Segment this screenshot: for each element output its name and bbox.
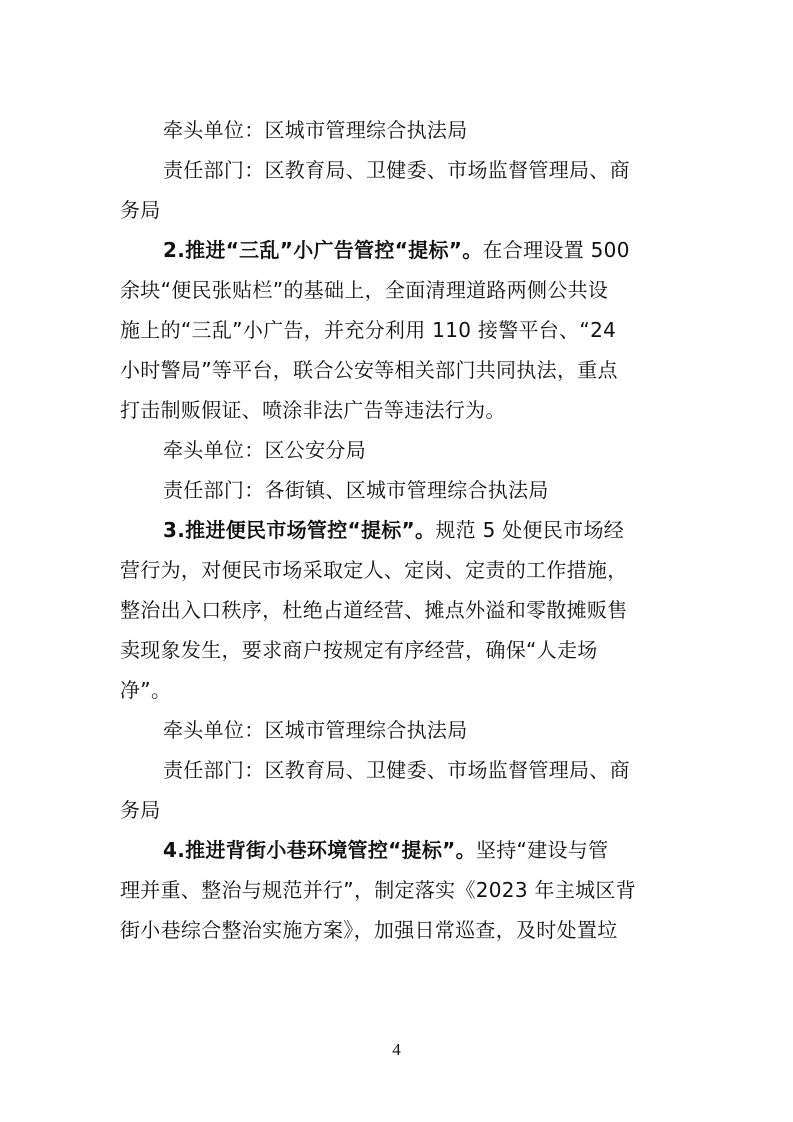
responsible-dept-line: 责任部门：各街镇、区城市管理综合执法局	[163, 478, 719, 502]
page-number: 4	[0, 1040, 793, 1060]
paragraph-line: 街小巷综合整治实施方案》，加强日常巡查，及时处置垃	[120, 918, 676, 942]
paragraph-line: 施上的“三乱”小广告，并充分利用 110 接警平台、“24	[120, 318, 676, 342]
paragraph-line: 卖现象发生，要求商户按规定有序经营，确保“人走场	[120, 638, 676, 662]
paragraph-line: 整治出入口秩序，杜绝占道经营、摊点外溢和零散摊贩售	[120, 598, 676, 622]
paragraph-line: 务局	[120, 798, 676, 822]
section-text: 规范 5 处便民市场经	[435, 518, 624, 542]
section-heading-2: 2.推进“三乱”小广告管控“提标”。在合理设置 500	[163, 238, 719, 262]
paragraph-line: 打击制贩假证、喷涂非法广告等违法行为。	[120, 398, 676, 422]
paragraph-line: 小时警局”等平台，联合公安等相关部门共同执法，重点	[120, 358, 676, 382]
paragraph-line: 净”。	[120, 678, 676, 702]
lead-unit-line: 牵头单位：区城市管理综合执法局	[163, 118, 719, 142]
lead-unit-line: 牵头单位：区城市管理综合执法局	[163, 718, 719, 742]
document-page: 牵头单位：区城市管理综合执法局 责任部门：区教育局、卫健委、市场监督管理局、商 …	[0, 0, 793, 1122]
responsible-dept-line: 责任部门：区教育局、卫健委、市场监督管理局、商	[163, 758, 719, 782]
responsible-dept-line: 责任部门：区教育局、卫健委、市场监督管理局、商	[163, 158, 719, 182]
paragraph-line: 务局	[120, 198, 676, 222]
paragraph-line: 余块“便民张贴栏”的基础上，全面清理道路两侧公共设	[120, 278, 676, 302]
section-text: 坚持“建设与管	[476, 838, 608, 862]
lead-unit-line: 牵头单位：区公安分局	[163, 438, 719, 462]
paragraph-line: 理并重、整治与规范并行”，制定落实《2023 年主城区背	[120, 878, 676, 902]
section-text: 在合理设置 500	[483, 238, 630, 262]
section-title: 4.推进背街小巷环境管控“提标”。	[163, 838, 476, 862]
paragraph-line: 营行为，对便民市场采取定人、定岗、定责的工作措施，	[120, 558, 676, 582]
section-heading-4: 4.推进背街小巷环境管控“提标”。坚持“建设与管	[163, 838, 719, 862]
section-title: 2.推进“三乱”小广告管控“提标”。	[163, 238, 483, 262]
section-heading-3: 3.推进便民市场管控“提标”。规范 5 处便民市场经	[163, 518, 719, 542]
section-title: 3.推进便民市场管控“提标”。	[163, 518, 435, 542]
